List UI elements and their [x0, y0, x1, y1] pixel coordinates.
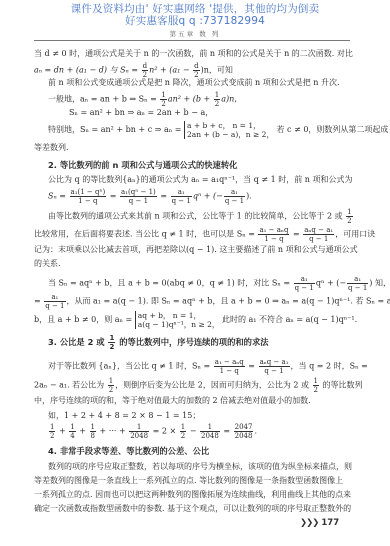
fraction: a₁q − 1	[44, 293, 65, 310]
fraction: 12048	[200, 423, 220, 440]
fraction: 12	[49, 423, 55, 440]
text-line: 前 n 项和公式变成通项公式是把 n 降次，通项公式变成前 n 项和公式是把 n…	[48, 77, 340, 88]
fraction: 18	[90, 423, 96, 440]
fraction: 12	[214, 91, 220, 108]
fraction: 12	[160, 91, 166, 108]
running-header: 第五章 数 列	[0, 29, 390, 38]
fraction: 12	[346, 208, 352, 225]
text-line: 公比为 q 的等比数列{aₙ}的通项公式为 aₙ = a₁qⁿ⁻¹，当 q ≠ …	[48, 174, 353, 185]
text-line: 当 Sₙ = aqⁿ + b，且 a + b = 0(abq ≠ 0，q ≠ 1…	[48, 275, 390, 292]
fraction: 14	[69, 423, 75, 440]
page-number: 177	[321, 518, 339, 528]
fraction: a₁(qⁿ − 1)q − 1	[120, 188, 157, 205]
fraction: 12	[108, 377, 114, 394]
text-line: 一般地，aₙ = an + b ⇒ Sₙ = 12an² + (b + 12a)…	[48, 91, 242, 108]
text-line: 由等比数列的通项公式来其前 n 项和公式，公比等于 1 的比较简单，公比等于 2…	[48, 208, 354, 225]
fraction: 12048	[129, 423, 149, 440]
fraction: 12	[108, 334, 115, 351]
fraction: 12	[180, 423, 186, 440]
text-line: 等差数列的图像是一条直线上一系列孤立的点. 等比数列的图像是一条指数型函数图像上	[34, 475, 343, 486]
fraction: a₁ − aₙq1 − q	[214, 358, 245, 375]
fraction: a₁q − 1	[224, 188, 245, 205]
text-line: = a₁q − 1，从而 a₁ = a(q − 1). 即 Sₙ = aqⁿ +…	[34, 293, 390, 310]
chevrons-icon: ❯❯❯	[300, 518, 318, 528]
fraction: 12	[313, 377, 319, 394]
watermark-line-2: 好实惠客服q q :737182994	[0, 15, 390, 27]
section-heading-4: 4. 非常手段求等差、等比数列的公差、公比	[48, 446, 209, 457]
text-line: 的关系.	[34, 258, 61, 269]
text-line: b，且 a + b ≠ 0，则 aₙ = aq + b， n = 1，a(q −…	[34, 311, 357, 329]
text-line: 对于等比数列 {aₙ}，当公比 q ≠ 1 时，Sₙ = a₁ − aₙq1 −…	[48, 358, 368, 375]
formula-line: Sₙ = a₁(1 − qⁿ)1 − q = a₁(qⁿ − 1)q − 1 =…	[48, 188, 252, 205]
text-line: 确定一次函数或指数型函数中的参数. 基于这个观点，可以让数列的项的序号取正整数外…	[34, 503, 351, 514]
fraction: a₁q − 1	[347, 275, 368, 292]
text-line: 数列的项的序号应取正整数，若以每项的序号为横坐标，该项的值为纵坐标来描点，则	[48, 461, 352, 472]
section-heading-3: 3. 公比是 2 或 12 的等比数列中，序号连续的项的和的求法	[48, 334, 269, 351]
fraction: a₁q − 1	[171, 188, 192, 205]
page-footer: ❯❯❯177	[300, 518, 339, 528]
text-line: Sₙ = an² + bn ⇒ aₙ = 2an + b − a，	[69, 107, 213, 118]
text-line: 比较常用，在后面将要表述. 当公比 q ≠ 1 时，也可以是 Sₙ = a₁ −…	[34, 226, 375, 243]
piecewise-brace: aq + b， n = 1，a(q − 1)qⁿ⁻¹，n ≥ 2，	[135, 311, 220, 329]
text-line: 如，1 + 2 + 4 + 8 = 2 × 8 − 1 = 15；	[48, 410, 200, 421]
text-line: 记为：末项乘以公比减去首项，再把差除以(q − 1). 这主要描述了前 n 项和…	[34, 244, 358, 255]
text-line: 特别地，Sₙ = an² + bn + c ⇒ aₙ = a + b + c， …	[48, 121, 388, 139]
fraction: a₁(1 − qⁿ)1 − q	[70, 188, 107, 205]
formula-line: 12 + 14 + 18 + ··· + 12048 = 2 × 12 − 12…	[48, 423, 257, 440]
text-line: 2aₙ − a₁. 若公比为 12，则倒序后变为公比是 2，因而可归纳为，公比为…	[34, 377, 363, 394]
fraction: aₙq − a₁q − 1	[303, 226, 334, 243]
piecewise-brace: a + b + c， n = 1，2an + (b − a)，n ≥ 2，	[184, 121, 274, 139]
fraction: a₁q − 1	[294, 275, 315, 292]
section-heading-2: 2. 等比数列的前 n 项和公式与通项公式的快速转化	[48, 160, 237, 171]
text-line: 当 d ≠ 0 时，通项公式是关于 n 的一次函数，前 n 项和的公式是关于 n…	[34, 48, 353, 59]
text-line: 中，序号连续的项的和，等于绝对值最大的加数的 2 倍减去绝对值最小的加数.	[34, 395, 311, 406]
text-line: 一系列孤立的点. 因而也可以把这两种数列的图像拓展为连续曲线，利用曲线上其他的点…	[34, 489, 351, 500]
fraction: a₁ − aₙq1 − q	[258, 226, 289, 243]
fraction: aₙq − a₁q − 1	[259, 358, 290, 375]
watermark-line-1: 课件及资料均由' 好实惠网络 '提供，其他的均为倒卖	[0, 3, 390, 15]
header-rule	[34, 40, 350, 41]
text-line: 等差数列.	[34, 142, 69, 153]
fraction: 20472048	[234, 423, 254, 440]
